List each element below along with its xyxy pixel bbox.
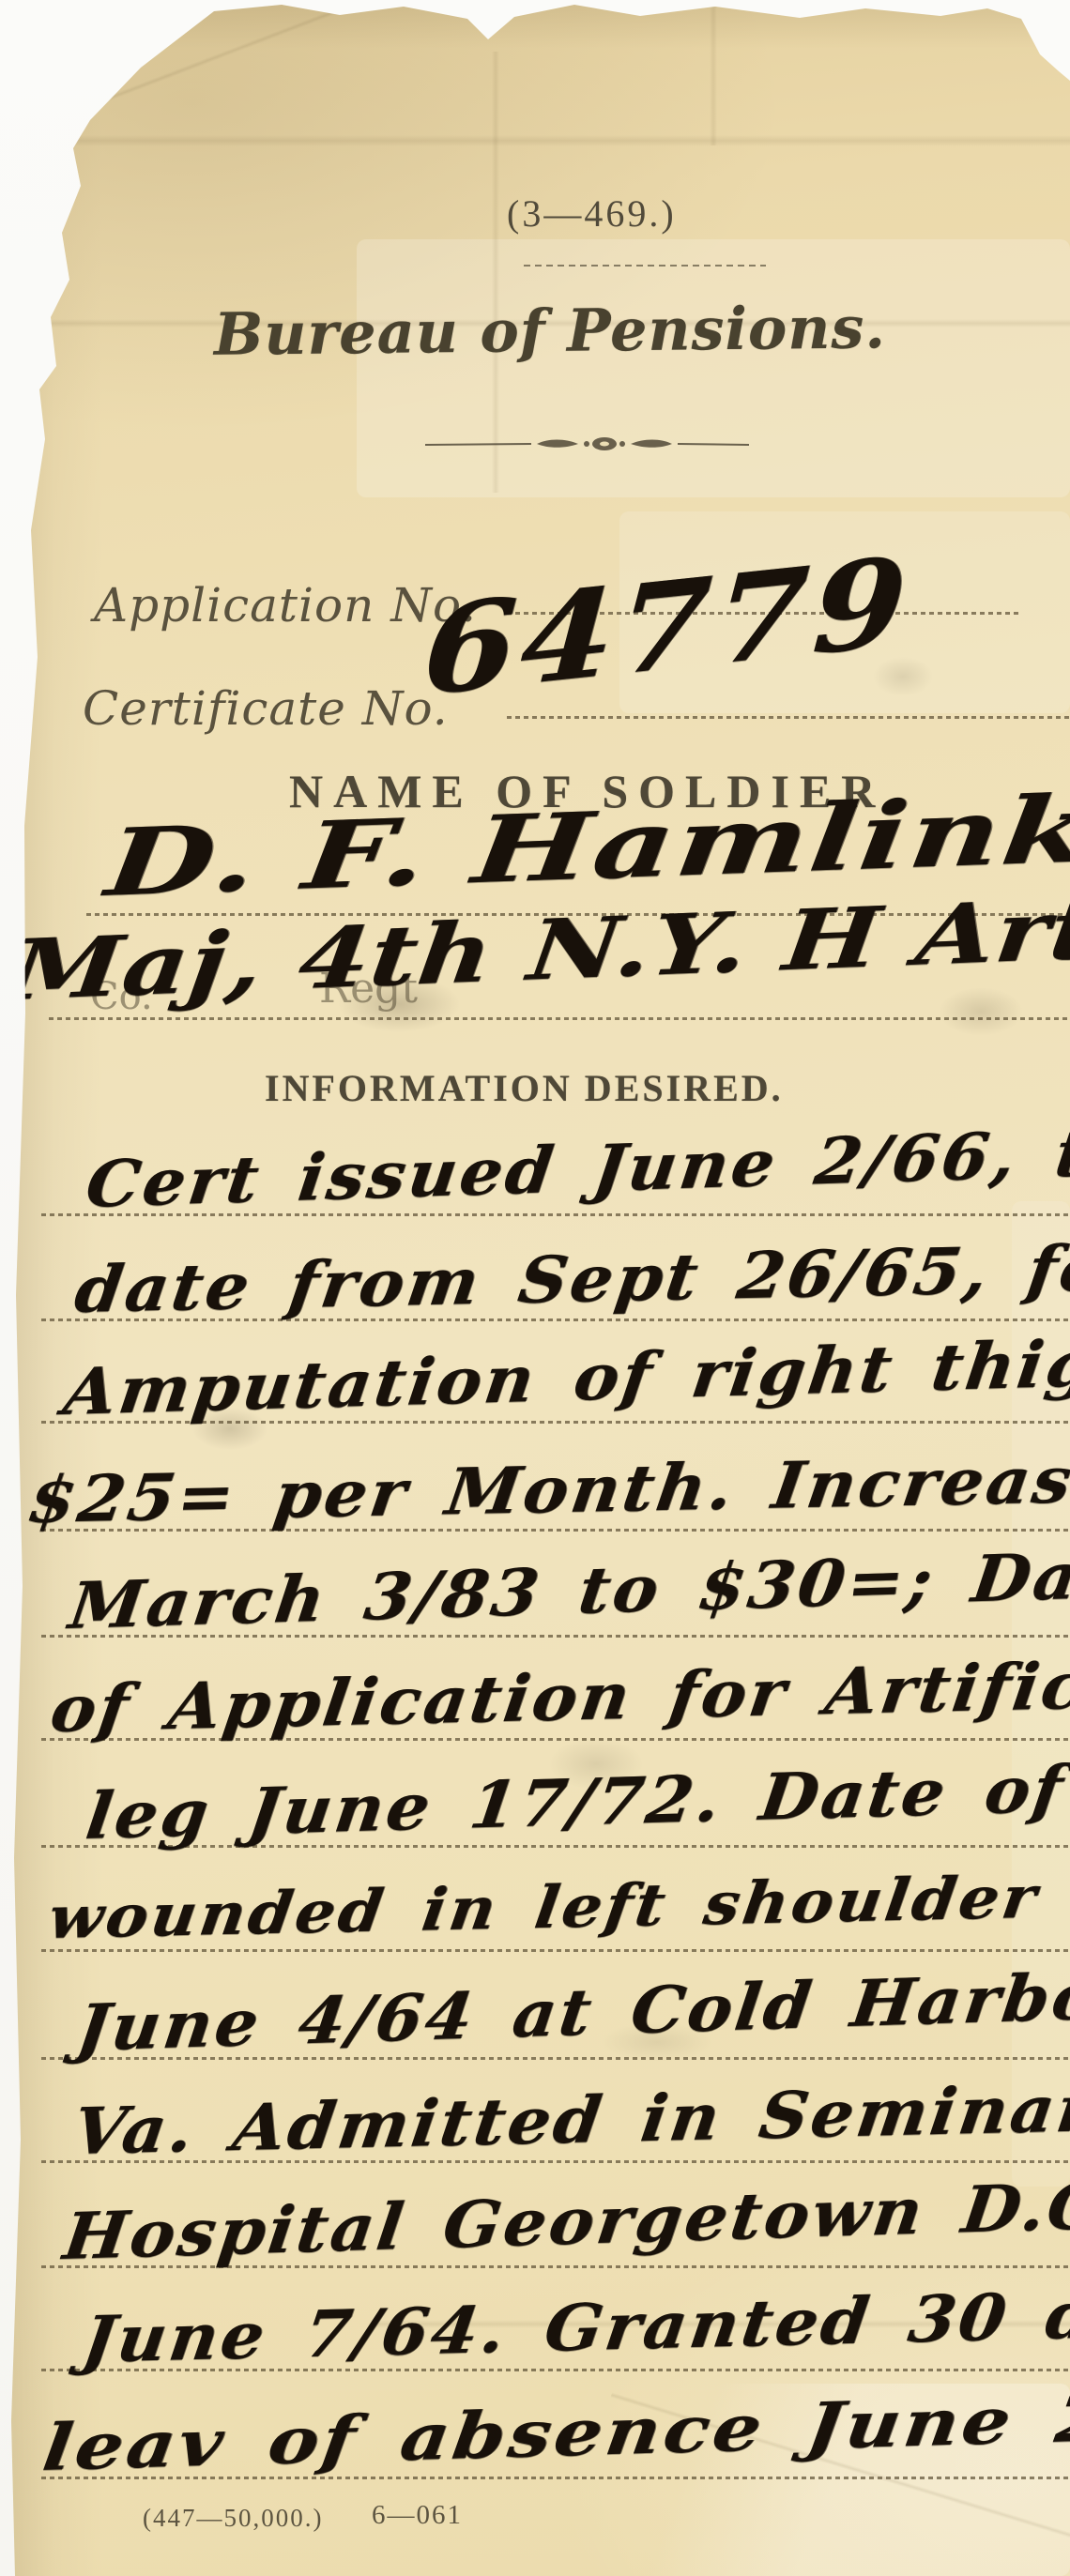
paper-crease (492, 52, 499, 493)
certificate-number-label: Certificate No. (83, 685, 449, 732)
dotted-rule-certificate (507, 716, 1070, 719)
paper-crease (56, 135, 1070, 146)
pension-document-paper: (3—469.) Bureau of Pensions. Application… (0, 0, 1070, 2576)
form-edition-number: 6—061 (372, 2502, 463, 2529)
handwritten-line: Amputation of right thigh (60, 1330, 1070, 1425)
ink-smudge (939, 987, 1023, 1036)
divider-line (524, 265, 766, 267)
red-ink-mark (148, 0, 167, 5)
handwritten-line: Va. Admitted in Seminary (69, 2076, 1070, 2164)
handwritten-line: $25= per Month. Increased (24, 1446, 1070, 1532)
form-number: (3—469.) (507, 195, 677, 233)
paper-crease (710, 0, 717, 145)
red-ink-mark (106, 0, 134, 7)
dotted-rule (41, 1949, 1070, 1952)
paper-crease (66, 1, 357, 117)
red-ink-mark (484, 0, 497, 5)
handwritten-line: Cert issued June 2/66, to (83, 1120, 1070, 1217)
information-desired-heading: INFORMATION DESIRED. (265, 1070, 784, 1107)
handwritten-line: March 3/83 to $30=; Date (66, 1542, 1070, 1639)
handwritten-line: June 7/64. Granted 30 days (79, 2280, 1070, 2372)
paper-light-patch (357, 239, 1070, 497)
handwritten-line: of Application for Artificial (47, 1652, 1070, 1742)
red-ink-mark (218, 0, 242, 6)
application-number-label: Application No. (94, 582, 477, 629)
handwritten-line: leg June 17/72. Date of (83, 1758, 1069, 1849)
red-ink-mark (439, 0, 479, 6)
print-run-number: (447—50,000.) (143, 2506, 323, 2531)
scanner-background: (3—469.) Bureau of Pensions. Application… (0, 0, 1070, 2576)
ornament-divider (420, 432, 754, 456)
handwritten-line: June 4/64 at Cold Harbor (73, 1963, 1070, 2061)
handwritten-line: date from Sept 26/65, for (71, 1236, 1070, 1322)
bureau-title: Bureau of Pensions. (214, 298, 887, 363)
dotted-rule-unit (49, 1017, 1070, 1020)
handwritten-line: Hospital Georgetown D.C. (60, 2173, 1070, 2269)
handwritten-line: wounded in left shoulder & face (45, 1862, 1070, 1947)
